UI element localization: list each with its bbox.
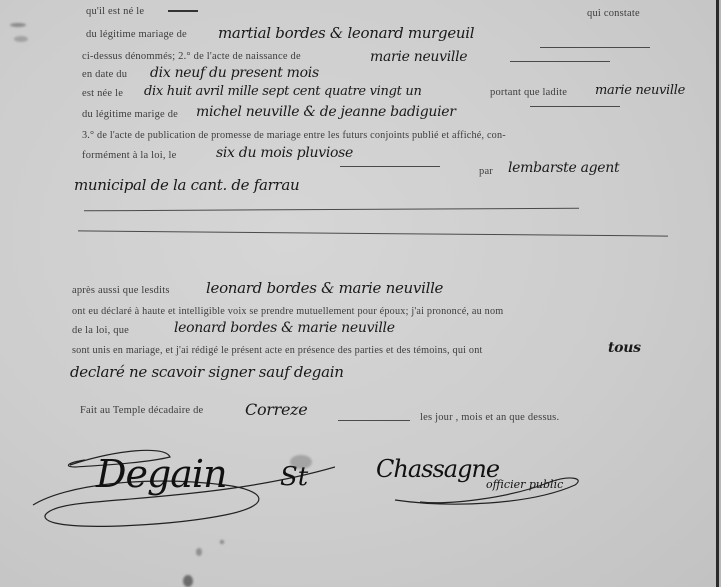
ink-blot <box>14 36 28 42</box>
handwritten-bride-birth: dix huit avril mille sept cent quatre vi… <box>144 84 422 99</box>
handwritten-couple-2: leonard bordes & marie neuville <box>174 320 395 336</box>
handwritten-municipal: municipal de la cant. de farrau <box>74 176 299 194</box>
ink-drip <box>220 540 224 544</box>
ink-drip <box>196 548 202 556</box>
handwritten-publisher: lembarste agent <box>508 160 619 176</box>
printed-text: 3.° de l'acte de publication de promesse… <box>82 130 506 141</box>
fill-line <box>340 166 440 167</box>
printed-text: du légitime mariage de <box>86 29 187 40</box>
printed-text: ci-dessus dénommés; 2.° de l'acte de nai… <box>82 51 301 62</box>
printed-text: qui constate <box>587 8 640 19</box>
printed-text: du légitime marige de <box>82 109 178 120</box>
ink-stain <box>290 455 312 469</box>
printed-text: formément à la loi, le <box>82 150 177 161</box>
printed-text: Fait au Temple décadaire de <box>80 405 203 416</box>
fill-line <box>510 61 610 62</box>
filler-line <box>78 230 668 236</box>
printed-text: sont unis en mariage, et j'ai rédigé le … <box>72 345 483 356</box>
document-page: qu'il est né le qui constate du légitime… <box>0 0 716 587</box>
printed-text: après aussi que lesdits <box>72 285 170 296</box>
handwritten-declared: declaré ne scavoir signer sauf degain <box>70 363 344 381</box>
handwritten-groom-parents: martial bordes & leonard murgeuil <box>218 24 474 42</box>
handwritten-bride-name-2: marie neuville <box>595 83 685 98</box>
filler-line <box>84 208 579 212</box>
handwritten-couple-1: leonard bordes & marie neuville <box>206 279 443 297</box>
printed-text: par <box>479 166 493 177</box>
ink-mark <box>168 10 198 12</box>
printed-text: de la loi, que <box>72 325 129 336</box>
printed-text: qu'il est né le <box>86 6 144 17</box>
signature-name: Degain <box>96 452 227 496</box>
ink-drip <box>183 575 193 587</box>
printed-text: ont eu déclaré à haute et intelligible v… <box>72 306 503 317</box>
ink-blot <box>10 23 26 27</box>
printed-text: les jour , mois et an que dessus. <box>420 412 559 423</box>
signature-flourish <box>390 460 590 510</box>
handwritten-publication-date: six du mois pluviose <box>216 145 353 161</box>
handwritten-place: Correze <box>245 400 307 419</box>
fill-line <box>530 106 620 107</box>
handwritten-bride-parents: michel neuville & de jeanne badiguier <box>196 104 456 120</box>
fill-line <box>338 420 410 421</box>
printed-text: en date du <box>82 69 127 80</box>
printed-text: est née le <box>82 88 123 99</box>
fill-line <box>540 47 650 48</box>
handwritten-birth-date: dix neuf du present mois <box>150 65 319 81</box>
handwritten-bride-name: marie neuville <box>370 49 467 65</box>
handwritten-tous: tous <box>608 340 641 356</box>
printed-text: portant que ladite <box>490 87 567 98</box>
